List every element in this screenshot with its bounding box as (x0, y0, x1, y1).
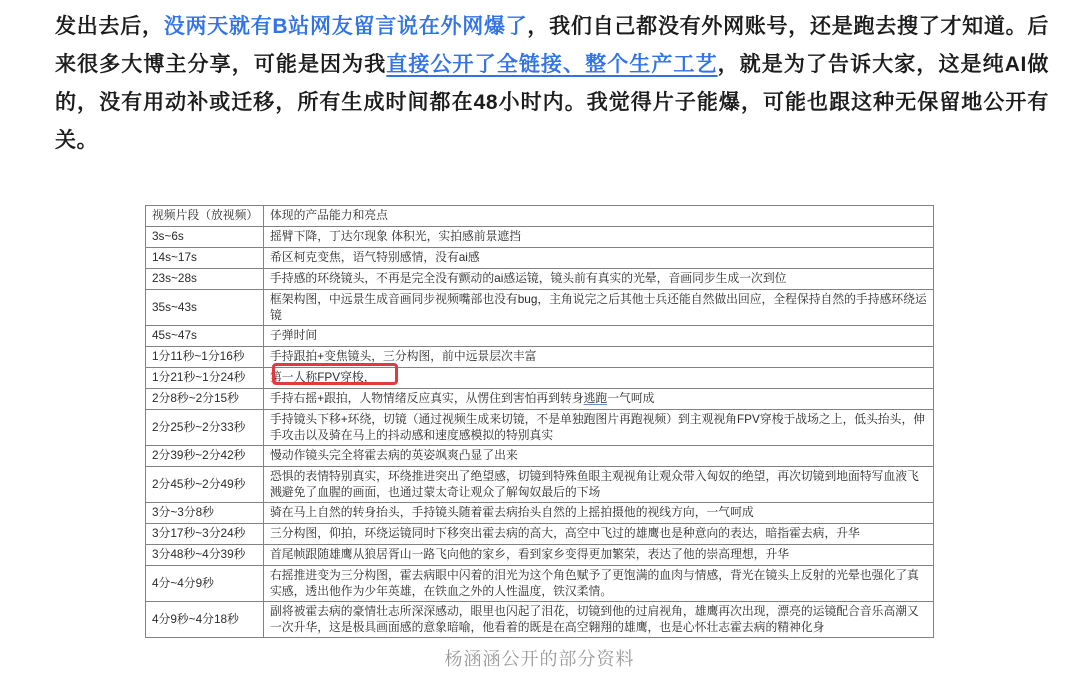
time-range-cell: 4分9秒~4分18秒 (146, 602, 264, 638)
table-row: 35s~43s框架构图，中远景生成音画同步视频嘴部也没有bug，主角说完之后其他… (146, 290, 934, 326)
intro-paragraph: 发出去后，没两天就有B站网友留言说在外网爆了，我们自己都没有外网账号，还是跑去搜… (55, 8, 1049, 160)
time-range-cell: 35s~43s (146, 290, 264, 326)
table-row: 4分~4分9秒右摇推进变为三分构图，霍去病眼中闪着的泪光为这个角色赋予了更饱满的… (146, 566, 934, 602)
table-row: 3分48秒~4分39秒首尾帧跟随雄鹰从狼居胥山一路飞向他的家乡，看到家乡变得更加… (146, 545, 934, 566)
table-row: 3s~6s摇臂下降，丁达尔现象 体积光，实拍感前景遮挡 (146, 227, 934, 248)
description-cell: 右摇推进变为三分构图，霍去病眼中闪着的泪光为这个角色赋予了更饱满的血肉与情感，背… (264, 566, 934, 602)
paragraph-text: 发出去后， (55, 15, 164, 38)
time-range-cell: 3分~3分8秒 (146, 503, 264, 524)
table-row: 23s~28s手持感的环绕镜头，不再是完全没有颤动的ai感运镜，镜头前有真实的光… (146, 269, 934, 290)
description-cell: 子弹时间 (264, 326, 934, 347)
table-row: 3分17秒~3分24秒三分构图，仰拍，环绕运镜同时下移突出霍去病的高大，高空中飞… (146, 524, 934, 545)
column-header-capability: 体现的产品能力和亮点 (264, 206, 934, 227)
image-caption: 杨涵涵公开的部分资料 (145, 645, 934, 671)
description-cell: 第一人称FPV穿梭， (264, 368, 934, 389)
time-range-cell: 3分17秒~3分24秒 (146, 524, 264, 545)
time-range-cell: 4分~4分9秒 (146, 566, 264, 602)
description-cell: 手持感的环绕镜头，不再是完全没有颤动的ai感运镜，镜头前有真实的光晕，音画同步生… (264, 269, 934, 290)
shot-breakdown-table: 视频片段（放视频） 体现的产品能力和亮点 3s~6s摇臂下降，丁达尔现象 体积光… (145, 205, 934, 638)
description-cell: 慢动作镜头完全将霍去病的英姿飒爽凸显了出来 (264, 446, 934, 467)
table-row: 2分8秒~2分15秒手持右摇+跟拍，人物情绪反应真实，从愣住到害怕再到转身逃跑一… (146, 389, 934, 410)
table-row: 14s~17s希区柯克变焦，语气特别感情，没有ai感 (146, 248, 934, 269)
time-range-cell: 2分8秒~2分15秒 (146, 389, 264, 410)
table-row: 4分9秒~4分18秒副将被霍去病的豪情壮志所深深感动，眼里也闪起了泪花，切镜到他… (146, 602, 934, 638)
inline-link[interactable]: 直接公开了全链接、整个生产工艺 (386, 53, 717, 76)
time-range-cell: 3分48秒~4分39秒 (146, 545, 264, 566)
description-cell: 恐惧的表情特别真实，环绕推进突出了绝望感，切镜到特殊鱼眼主观视角让观众带入匈奴的… (264, 467, 934, 503)
description-cell: 手持镜头下移+环绕，切镜（通过视频生成来切镜，不是单独跑图片再跑视频）到主观视角… (264, 410, 934, 446)
time-range-cell: 14s~17s (146, 248, 264, 269)
description-cell: 骑在马上自然的转身抬头，手持镜头随着霍去病抬头自然的上摇拍摄他的视线方向，一气呵… (264, 503, 934, 524)
description-cell: 首尾帧跟随雄鹰从狼居胥山一路飞向他的家乡，看到家乡变得更加繁荣，表达了他的崇高理… (264, 545, 934, 566)
description-cell: 手持右摇+跟拍，人物情绪反应真实，从愣住到害怕再到转身逃跑一气呵成 (264, 389, 934, 410)
video-notes-table: 视频片段（放视频） 体现的产品能力和亮点 3s~6s摇臂下降，丁达尔现象 体积光… (145, 205, 934, 638)
table-row: 2分25秒~2分33秒手持镜头下移+环绕，切镜（通过视频生成来切镜，不是单独跑图… (146, 410, 934, 446)
description-cell: 副将被霍去病的豪情壮志所深深感动，眼里也闪起了泪花，切镜到他的过肩视角，雄鹰再次… (264, 602, 934, 638)
time-range-cell: 2分39秒~2分42秒 (146, 446, 264, 467)
time-range-cell: 1分21秒~1分24秒 (146, 368, 264, 389)
emphasis-text: 没两天就有B站网友留言说在外网爆了 (164, 15, 528, 38)
time-range-cell: 2分45秒~2分49秒 (146, 467, 264, 503)
description-cell: 希区柯克变焦，语气特别感情，没有ai感 (264, 248, 934, 269)
table-header-row: 视频片段（放视频） 体现的产品能力和亮点 (146, 206, 934, 227)
table-row: 1分11秒~1分16秒手持跟拍+变焦镜头，三分构图，前中远景层次丰富 (146, 347, 934, 368)
description-cell: 框架构图，中远景生成音画同步视频嘴部也没有bug，主角说完之后其他士兵还能自然做… (264, 290, 934, 326)
table-row: 2分39秒~2分42秒慢动作镜头完全将霍去病的英姿飒爽凸显了出来 (146, 446, 934, 467)
description-cell: 摇臂下降，丁达尔现象 体积光，实拍感前景遮挡 (264, 227, 934, 248)
table-row: 2分45秒~2分49秒恐惧的表情特别真实，环绕推进突出了绝望感，切镜到特殊鱼眼主… (146, 467, 934, 503)
description-cell: 手持跟拍+变焦镜头，三分构图，前中远景层次丰富 (264, 347, 934, 368)
description-cell: 三分构图，仰拍，环绕运镜同时下移突出霍去病的高大，高空中飞过的雄鹰也是种意向的表… (264, 524, 934, 545)
table-row: 1分21秒~1分24秒第一人称FPV穿梭， (146, 368, 934, 389)
time-range-cell: 1分11秒~1分16秒 (146, 347, 264, 368)
column-header-video-segment: 视频片段（放视频） (146, 206, 264, 227)
time-range-cell: 23s~28s (146, 269, 264, 290)
underlined-word: 逃跑 (584, 391, 608, 405)
time-range-cell: 2分25秒~2分33秒 (146, 410, 264, 446)
time-range-cell: 3s~6s (146, 227, 264, 248)
table-row: 45s~47s子弹时间 (146, 326, 934, 347)
time-range-cell: 45s~47s (146, 326, 264, 347)
table-row: 3分~3分8秒骑在马上自然的转身抬头，手持镜头随着霍去病抬头自然的上摇拍摄他的视… (146, 503, 934, 524)
